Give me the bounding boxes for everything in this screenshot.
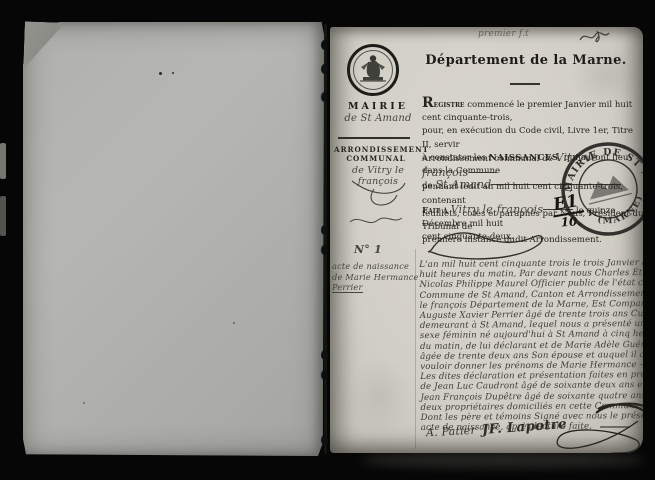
fill-rule <box>469 172 497 173</box>
mairie-commune-handwritten: de St Amand <box>334 113 422 124</box>
register-word: egistre <box>434 100 465 110</box>
act-number: N° 1 <box>354 243 382 256</box>
paper-speck <box>172 72 174 74</box>
act-note-line: Perrier <box>332 282 363 293</box>
mairie-label: MAIRIE <box>336 101 420 112</box>
binding-stitches <box>321 40 328 50</box>
arrondissement-label: ARRONDISSEMENT <box>334 145 418 154</box>
book-binding <box>324 24 327 454</box>
act-margin-note: acte de naissance de Marie Hermance Perr… <box>332 261 422 293</box>
officer-signature-flourish <box>538 399 643 453</box>
margin-flourish <box>342 177 412 211</box>
dropcap: R <box>422 95 434 111</box>
paraph-mark <box>578 27 612 47</box>
arrondissement-label-2: COMMUNAL <box>334 154 418 163</box>
act-note-line: acte de naissance <box>332 261 409 271</box>
left-blank-page <box>23 22 324 456</box>
president-signature <box>422 223 552 263</box>
page-shadow <box>360 452 645 468</box>
margin-divider <box>338 137 410 139</box>
fait-label: Fait à <box>422 206 451 216</box>
page-crease <box>415 249 416 449</box>
scanned-register-spread: premier f.t MAIRIE de St Amand ARRONDISS… <box>0 0 655 480</box>
paper-speck <box>159 72 162 75</box>
witness-signature-1: A. Patier <box>426 424 477 440</box>
title-rule <box>510 83 540 85</box>
paper-speck <box>83 402 85 404</box>
cover-edge <box>0 196 6 236</box>
act-note-line: de Marie Hermance <box>332 272 419 282</box>
fait-place-handwritten: Vitry le françois <box>451 203 544 216</box>
margin-squiggle <box>346 213 406 227</box>
folio-annotation: premier f.t <box>478 29 529 39</box>
mairie-seal-icon <box>346 43 400 97</box>
paper-stain <box>350 357 410 437</box>
right-register-page: premier f.t MAIRIE de St Amand ARRONDISS… <box>330 27 643 453</box>
paper-speck <box>233 322 235 324</box>
arr-line1: Arrondissement communal de <box>422 154 556 164</box>
page-title: Département de la Marne. <box>418 53 634 68</box>
cover-edge <box>0 143 6 179</box>
